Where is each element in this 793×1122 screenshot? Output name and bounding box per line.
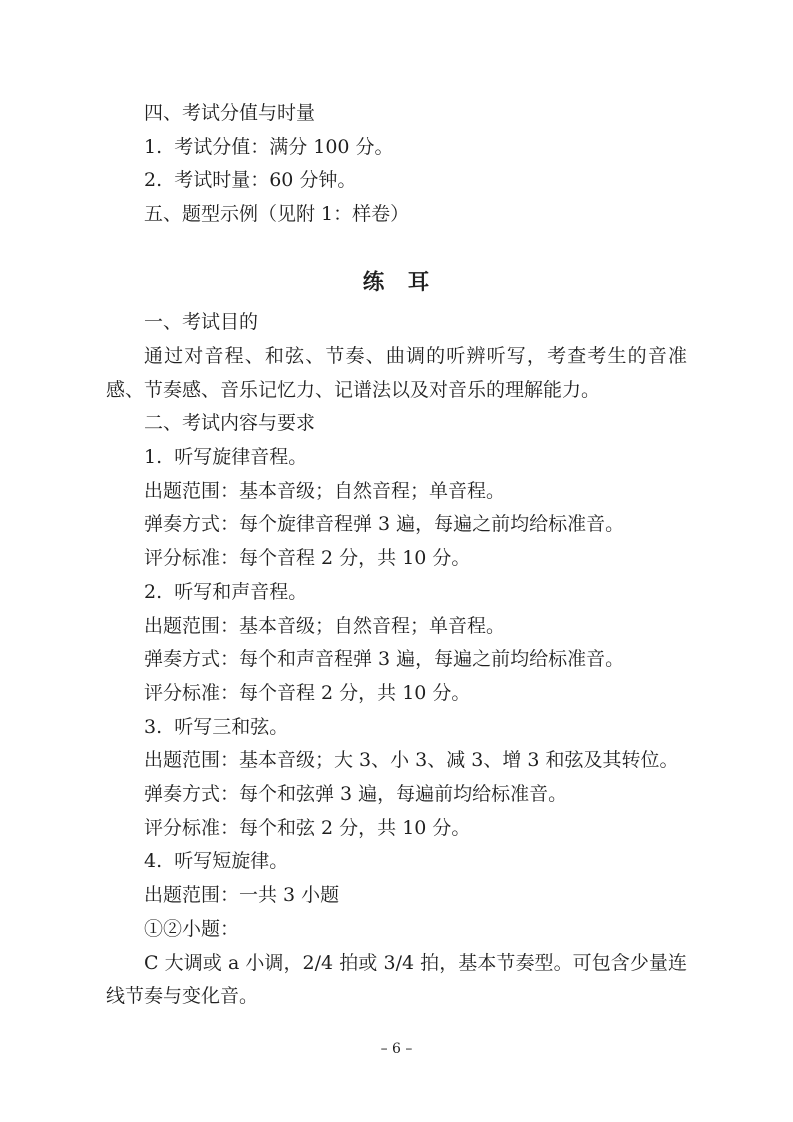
item-2-scoring-standard: 评分标准：每个音程 2 分，共 10 分。 [106, 677, 687, 711]
item-1-melodic-interval-dictation: 1. 听写旋律音程。 [106, 441, 687, 475]
item-4-subquestions-1-2-description: C 大调或 a 小调，2/4 拍或 3/4 拍，基本节奏型。可包含少量连线节奏与… [106, 947, 687, 1014]
item-4-subquestions-1-2-label: ①②小题： [106, 913, 687, 947]
heading-exam-purpose: 一、考试目的 [106, 306, 687, 340]
item-3-question-scope: 出题范围：基本音级；大 3、小 3、减 3、增 3 和弦及其转位。 [106, 744, 687, 778]
item-3-triad-dictation: 3. 听写三和弦。 [106, 711, 687, 745]
paragraph-exam-purpose: 通过对音程、和弦、节奏、曲调的听辨听写，考查考生的音准感、节奏感、音乐记忆力、记… [106, 340, 687, 407]
item-2-playing-method: 弹奏方式：每个和声音程弹 3 遍，每遍之前均给标准音。 [106, 643, 687, 677]
item-2-harmonic-interval-dictation: 2. 听写和声音程。 [106, 576, 687, 610]
item-2-question-scope: 出题范围：基本音级；自然音程；单音程。 [106, 610, 687, 644]
item-exam-duration: 2. 考试时量：60 分钟。 [106, 164, 687, 198]
page-title-ear-training: 练 耳 [106, 266, 687, 300]
page-number: – 6 – [0, 1040, 793, 1058]
item-4-question-scope: 出题范围：一共 3 小题 [106, 879, 687, 913]
heading-section-5-sample-questions: 五、题型示例（见附 1：样卷） [106, 198, 687, 232]
item-1-playing-method: 弹奏方式：每个旋律音程弹 3 遍，每遍之前均给标准音。 [106, 508, 687, 542]
document-page: 四、考试分值与时量 1. 考试分值：满分 100 分。 2. 考试时量：60 分… [0, 0, 793, 1122]
item-4-short-melody-dictation: 4. 听写短旋律。 [106, 845, 687, 879]
item-exam-score: 1. 考试分值：满分 100 分。 [106, 131, 687, 165]
document-body: 四、考试分值与时量 1. 考试分值：满分 100 分。 2. 考试时量：60 分… [106, 97, 687, 1014]
item-3-playing-method: 弹奏方式：每个和弦弹 3 遍，每遍前均给标准音。 [106, 778, 687, 812]
item-1-question-scope: 出题范围：基本音级；自然音程；单音程。 [106, 475, 687, 509]
item-1-scoring-standard: 评分标准：每个音程 2 分，共 10 分。 [106, 542, 687, 576]
heading-exam-content-requirements: 二、考试内容与要求 [106, 407, 687, 441]
item-3-scoring-standard: 评分标准：每个和弦 2 分，共 10 分。 [106, 812, 687, 846]
heading-section-4-score-and-duration: 四、考试分值与时量 [106, 97, 687, 131]
